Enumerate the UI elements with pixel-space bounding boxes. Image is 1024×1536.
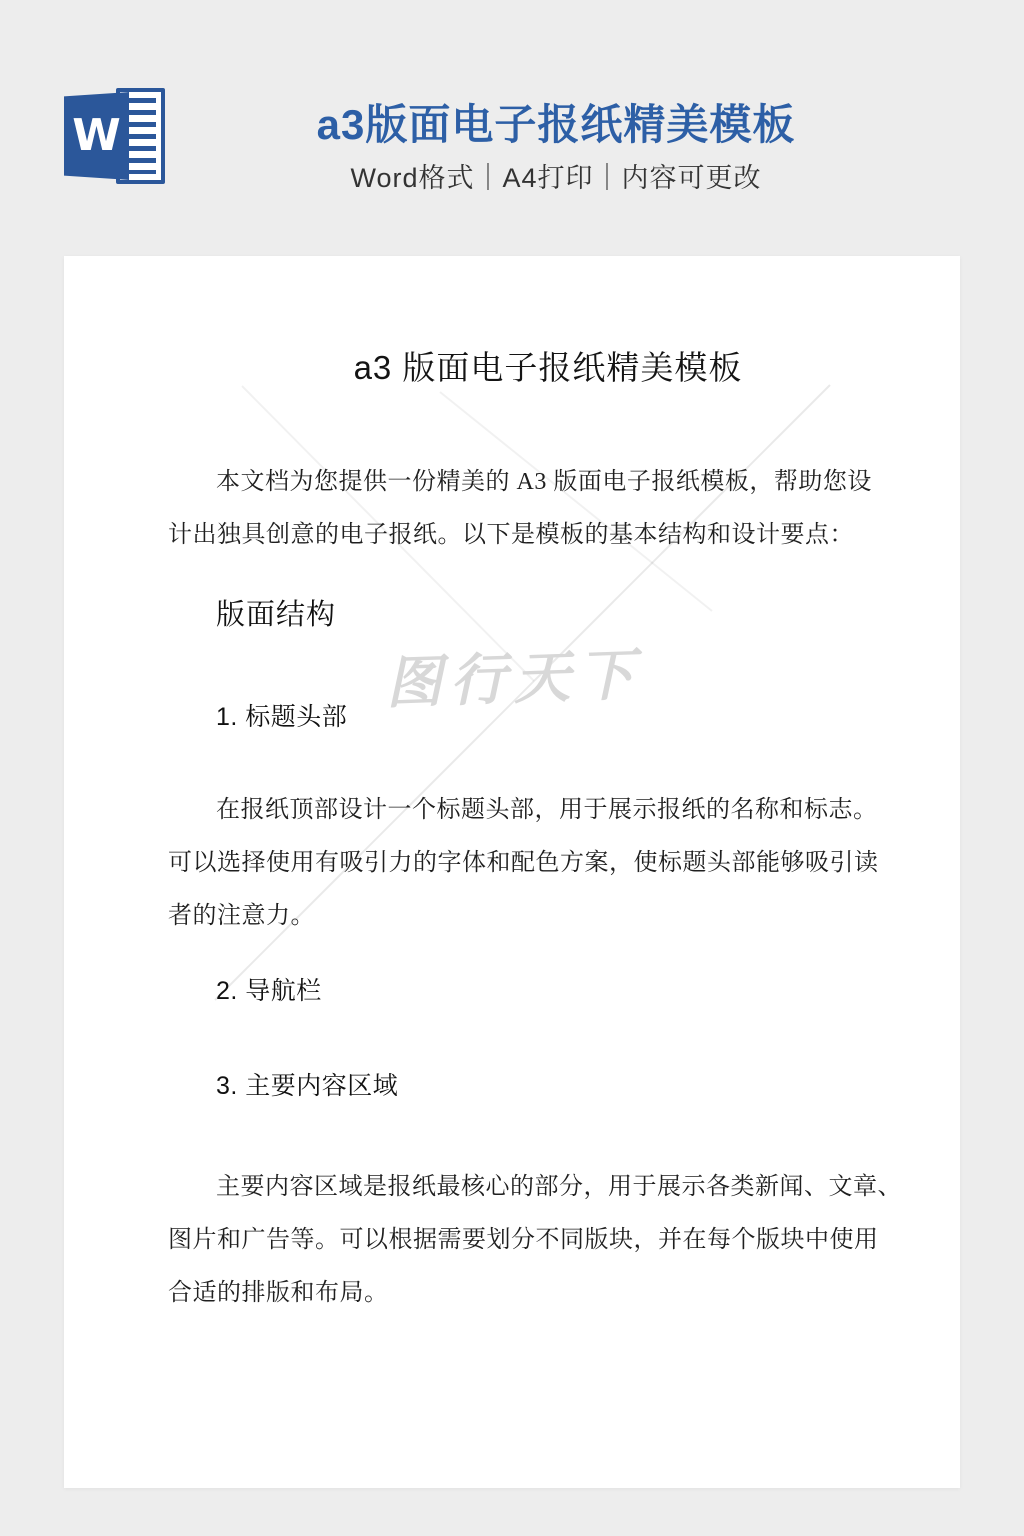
word-icon-text-lines (125, 98, 156, 174)
paragraph-line: 者的注意力。 (168, 890, 856, 943)
item-heading-3: 3. 主要内容区域 (216, 1068, 398, 1104)
word-icon-letter: W (72, 114, 121, 158)
intro-line: 计出独具创意的电子报纸。以下是模板的基本结构和设计要点： (168, 509, 856, 562)
document-page: 图行天下 a3 版面电子报纸精美模板 本文档为您提供一份精美的 A3 版面电子报… (64, 256, 960, 1488)
header: W a3版面电子报纸精美模板 Word格式｜A4打印｜内容可更改 (0, 0, 1024, 256)
item-heading-1: 1. 标题头部 (216, 699, 347, 735)
watermark-text: 图行天下 (385, 646, 643, 716)
word-icon: W (64, 86, 165, 182)
paragraph-line: 合适的排版和布局。 (168, 1267, 856, 1320)
item-heading-2: 2. 导航栏 (216, 973, 322, 1009)
intro-line: 本文档为您提供一份精美的 A3 版面电子报纸模板，帮助您设 (168, 456, 904, 509)
page-subtitle: Word格式｜A4打印｜内容可更改 (206, 156, 906, 195)
paragraph-line: 可以选择使用有吸引力的字体和配色方案，使标题头部能够吸引读 (168, 837, 856, 890)
document-title: a3 版面电子报纸精美模板 (64, 348, 960, 388)
page-title: a3版面电子报纸精美模板 (206, 92, 906, 152)
paragraph-line: 图片和广告等。可以根据需要划分不同版块，并在每个版块中使用 (168, 1214, 856, 1267)
paragraph-line: 在报纸顶部设计一个标题头部，用于展示报纸的名称和标志。 (168, 784, 904, 837)
template-preview-screen: W a3版面电子报纸精美模板 Word格式｜A4打印｜内容可更改 图行天下 a3… (0, 0, 1024, 1536)
paragraph-line: 主要内容区域是报纸最核心的部分，用于展示各类新闻、文章、 (168, 1161, 904, 1214)
section-heading: 版面结构 (216, 595, 336, 635)
word-icon-panel: W (64, 92, 129, 180)
